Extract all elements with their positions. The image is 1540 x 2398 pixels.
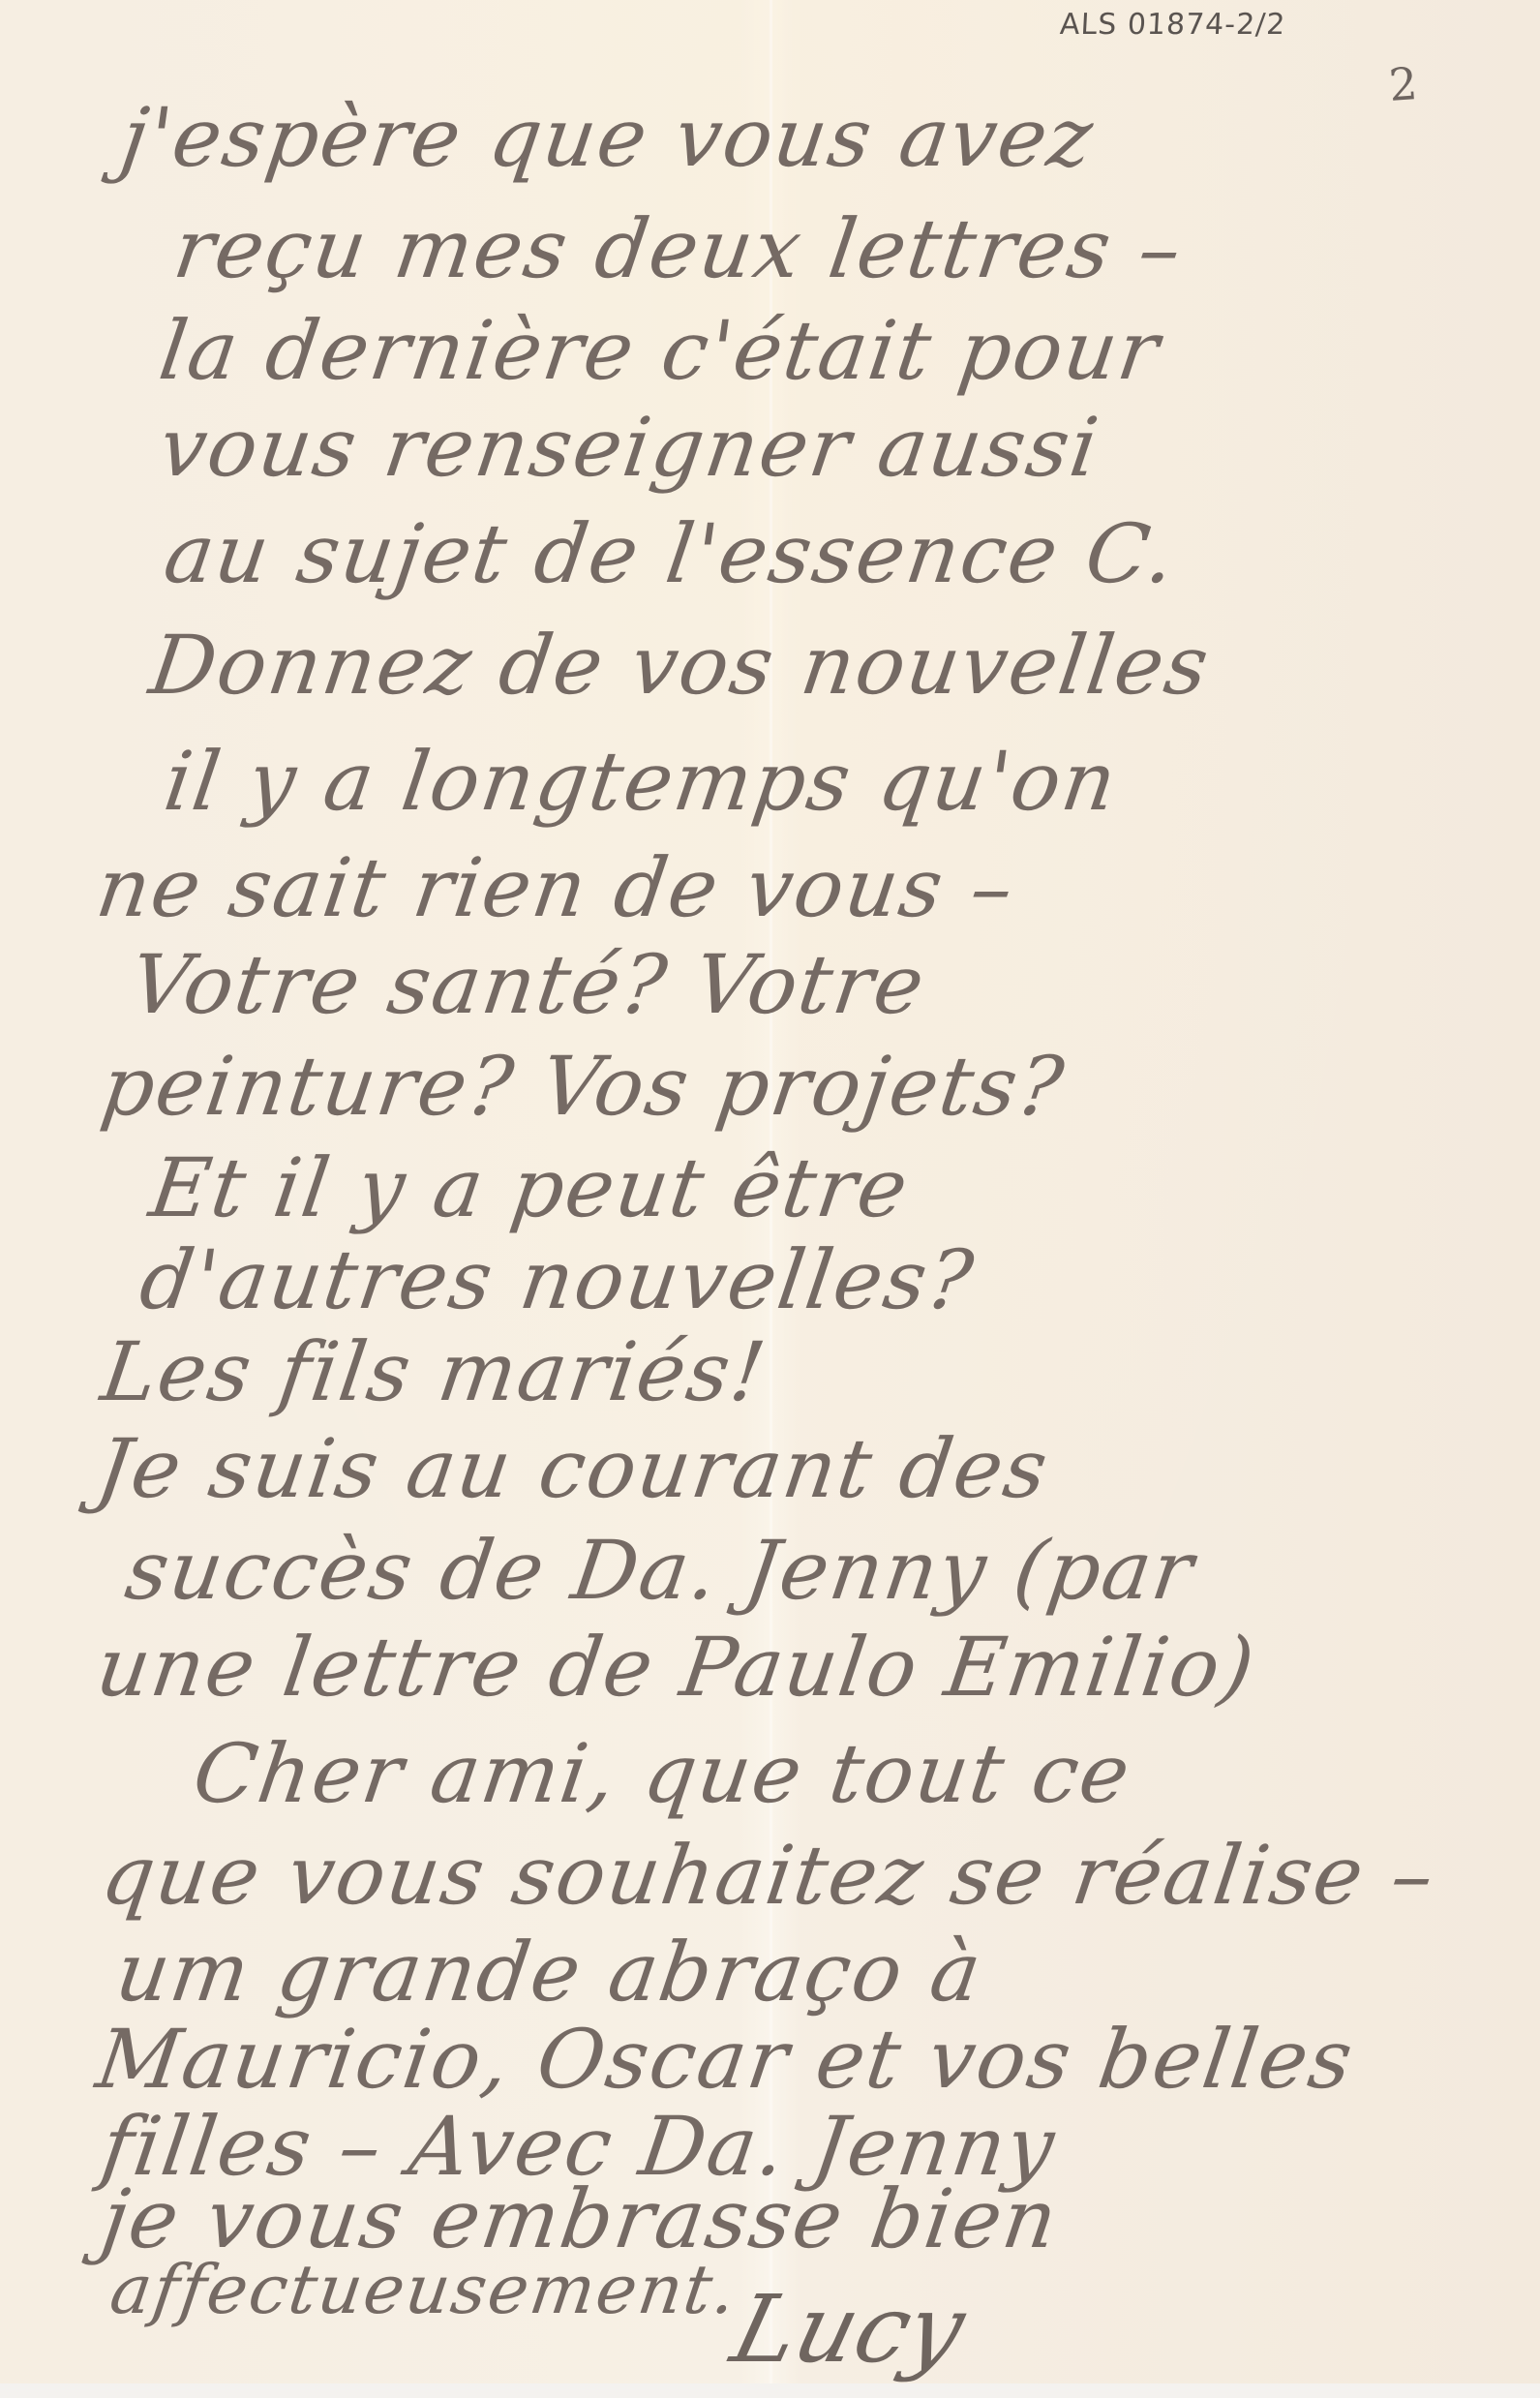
letter-line: la dernière c'était pour [155,310,1165,391]
letter-line: peinture? Vos projets? [97,1046,1070,1127]
signature: Lucy [722,2275,976,2383]
letter-line: ne sait rien de vous – [92,847,1019,928]
letter-line: um grande abraço à [111,1931,987,2013]
letter-line: Donnez de vos nouvelles [145,624,1215,706]
page-number: 2 [1387,57,1419,111]
letter-line: je vous embrasse bien [97,2178,1064,2260]
letter-line: Les fils mariés! [97,1331,771,1412]
letter-line: Cher ami, que tout ce [189,1733,1136,1814]
letter-line: une lettre de Paulo Emilio) [92,1626,1260,1708]
letter-line: Je suis au courant des [92,1428,1054,1509]
letter-sheet: ALS 01874-2/2 2 j'espère que vous avez r… [0,0,1540,2383]
letter-line: d'autres nouvelles? [136,1239,980,1320]
letter-line: j'espère que vous avez [116,97,1100,178]
letter-line: Et il y a peut être [145,1147,914,1229]
letter-line: affectueusement. [106,2256,741,2323]
letter-line: reçu mes deux lettres – [169,208,1188,289]
letter-line: succès de Da. Jenny (par [121,1530,1199,1611]
scan-bottom-margin [0,2383,1540,2398]
letter-line: il y a longtemps qu'on [160,741,1123,822]
letter-line: vous renseigner aussi [155,407,1104,488]
letter-line: Votre santé? Votre [126,944,930,1025]
archive-reference: ALS 01874-2/2 [1059,8,1286,42]
letter-line: Mauricio, Oscar et vos belles [92,2019,1359,2100]
letter-line: que vous souhaitez se réalise – [97,1835,1440,1916]
letter-line: au sujet de l'essence C. [160,513,1181,594]
